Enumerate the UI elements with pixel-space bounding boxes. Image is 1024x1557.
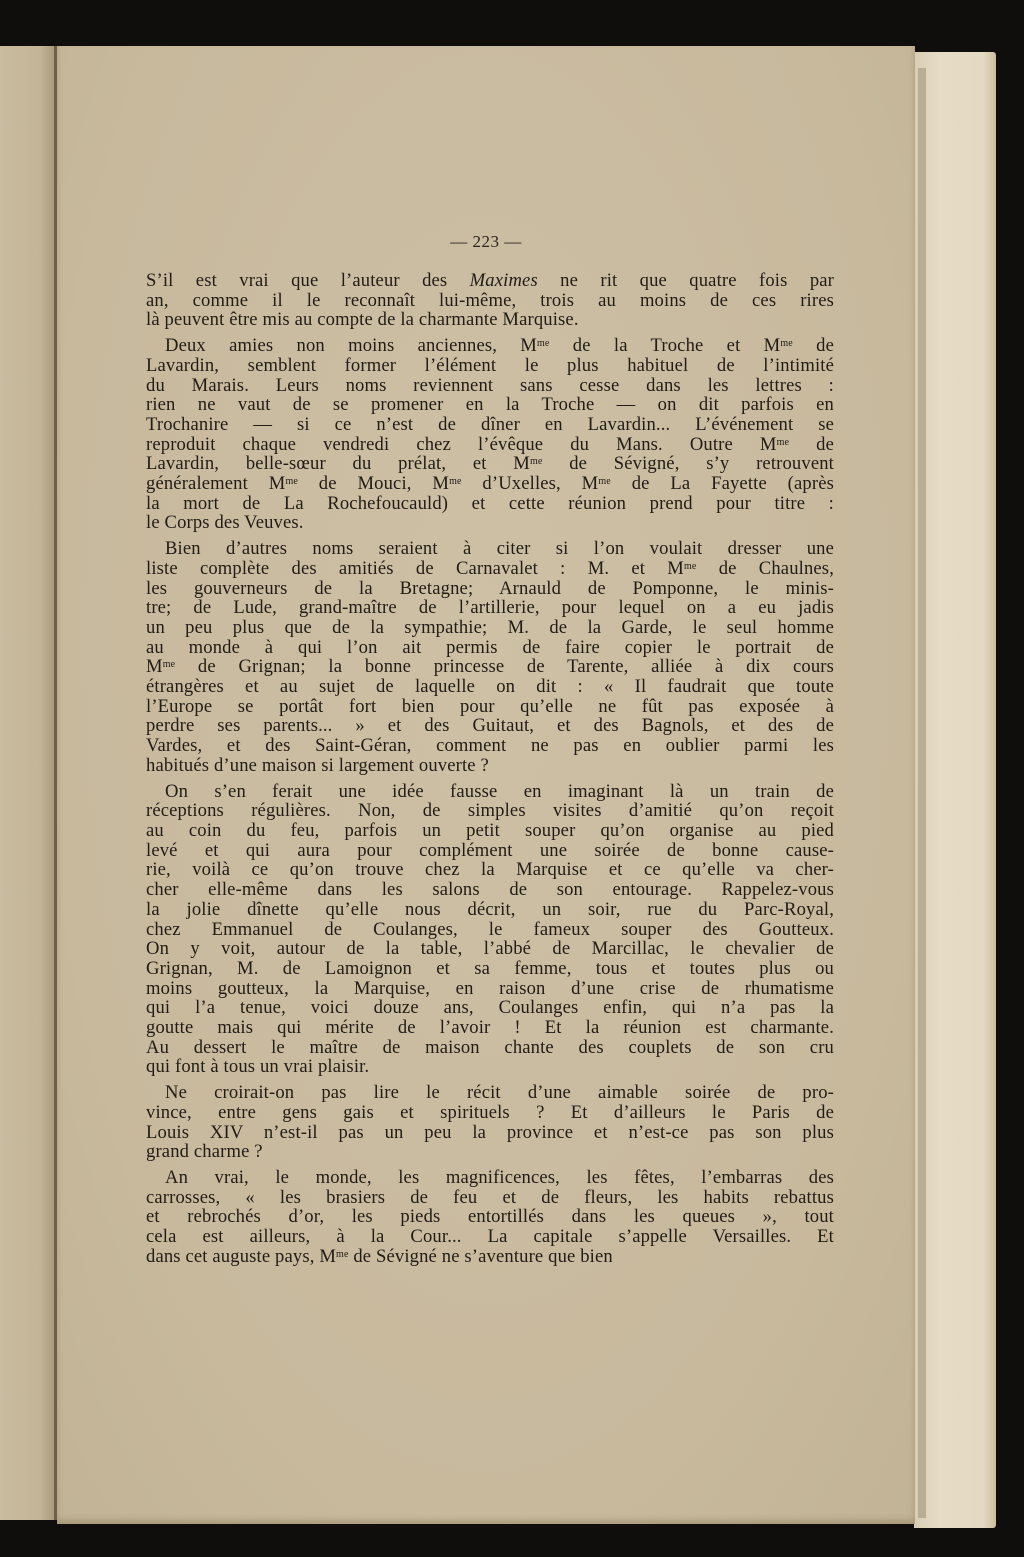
text-line: Bien d’autres noms seraient à citer si l…: [146, 539, 834, 559]
paragraph: Deux amies non moins anciennes, Mme de l…: [146, 336, 834, 533]
text-line: les gouverneurs de la Bretagne; Arnauld …: [146, 579, 834, 599]
text-line: qui l’a tenue, voici douze ans, Coulange…: [146, 998, 834, 1018]
text-line: qui font à tous un vrai plaisir.: [146, 1057, 834, 1077]
text-line: du Marais. Leurs noms reviennent sans ce…: [146, 376, 834, 396]
text-line: levé et qui aura pour complément une soi…: [146, 841, 834, 861]
book-page: — 223 — S’il est vrai que l’auteur des M…: [57, 46, 915, 1524]
text-line: moins goutteux, la Marquise, en raison d…: [146, 979, 834, 999]
book-cover-edge: [914, 52, 996, 1528]
text-line: perdre ses parents... » et des Guitaut, …: [146, 716, 834, 736]
page-number: — 223 —: [57, 232, 915, 252]
text-line: généralement Mme de Mouci, Mme d’Uxelles…: [146, 474, 834, 494]
text-line: cher elle-même dans les salons de son en…: [146, 880, 834, 900]
paragraph: On s’en ferait une idée fausse en imagin…: [146, 782, 834, 1078]
text-line: Trochanire — si ce n’est de dîner en Lav…: [146, 415, 834, 435]
text-line: le Corps des Veuves.: [146, 513, 834, 533]
text-line: Au dessert le maître de maison chante de…: [146, 1038, 834, 1058]
paragraph: Bien d’autres noms seraient à citer si l…: [146, 539, 834, 775]
text-line: goutte mais qui mérite de l’avoir ! Et l…: [146, 1018, 834, 1038]
text-line: réceptions régulières. Non, de simples v…: [146, 801, 834, 821]
text-line: An vrai, le monde, les magnificences, le…: [146, 1168, 834, 1188]
text-line: Vardes, et des Saint-Géran, comment ne p…: [146, 736, 834, 756]
text-line: rien ne vaut de se promener en la Troche…: [146, 395, 834, 415]
text-line: Lavardin, belle-sœur du prélat, et Mme d…: [146, 454, 834, 474]
text-line: un peu plus que de la sympathie; M. de l…: [146, 618, 834, 638]
facing-page-edge: [0, 46, 56, 1520]
text-line: S’il est vrai que l’auteur des Maximes n…: [146, 271, 834, 291]
text-line: la jolie dînette qu’elle nous décrit, un…: [146, 900, 834, 920]
text-line: dans cet auguste pays, Mme de Sévigné ne…: [146, 1247, 834, 1267]
text-line: au monde à qui l’on ait permis de faire …: [146, 638, 834, 658]
text-line: reproduit chaque vendredi chez l’évêque …: [146, 435, 834, 455]
body-text: S’il est vrai que l’auteur des Maximes n…: [146, 271, 834, 1272]
paragraph: S’il est vrai que l’auteur des Maximes n…: [146, 271, 834, 330]
text-line: rie, voilà ce qu’on trouve chez la Marqu…: [146, 860, 834, 880]
text-line: On s’en ferait une idée fausse en imagin…: [146, 782, 834, 802]
text-line: cela est ailleurs, à la Cour... La capit…: [146, 1227, 834, 1247]
cover-fold-strip: [918, 68, 926, 1518]
text-line: habitués d’une maison si largement ouver…: [146, 756, 834, 776]
paragraph: Ne croirait-on pas lire le récit d’une a…: [146, 1083, 834, 1162]
text-line: étrangères et au sujet de laquelle on di…: [146, 677, 834, 697]
text-line: Louis XIV n’est-il pas un peu la provinc…: [146, 1123, 834, 1143]
text-line: Deux amies non moins anciennes, Mme de l…: [146, 336, 834, 356]
text-line: Mme de Grignan; la bonne princesse de Ta…: [146, 657, 834, 677]
text-line: l’Europe se portât fort bien pour qu’ell…: [146, 697, 834, 717]
text-line: Grignan, M. de Lamoignon et sa femme, to…: [146, 959, 834, 979]
text-line: liste complète des amitiés de Carnavalet…: [146, 559, 834, 579]
text-line: et rebrochés d’or, les pieds entortillés…: [146, 1207, 834, 1227]
text-line: tre; de Lude, grand-maître de l’artiller…: [146, 598, 834, 618]
text-line: On y voit, autour de la table, l’abbé de…: [146, 939, 834, 959]
text-line: la mort de La Rochefoucauld) et cette ré…: [146, 494, 834, 514]
text-line: chez Emmanuel de Coulanges, le fameux so…: [146, 920, 834, 940]
text-line: là peuvent être mis au compte de la char…: [146, 310, 834, 330]
text-line: Lavardin, semblent former l’élément le p…: [146, 356, 834, 376]
text-line: an, comme il le reconnaît lui-même, troi…: [146, 291, 834, 311]
text-line: carrosses, « les brasiers de feu et de f…: [146, 1188, 834, 1208]
text-line: au coin du feu, parfois un petit souper …: [146, 821, 834, 841]
text-line: Ne croirait-on pas lire le récit d’une a…: [146, 1083, 834, 1103]
text-line: grand charme ?: [146, 1142, 834, 1162]
text-line: vince, entre gens gais et spirituels ? E…: [146, 1103, 834, 1123]
paragraph: An vrai, le monde, les magnificences, le…: [146, 1168, 834, 1267]
